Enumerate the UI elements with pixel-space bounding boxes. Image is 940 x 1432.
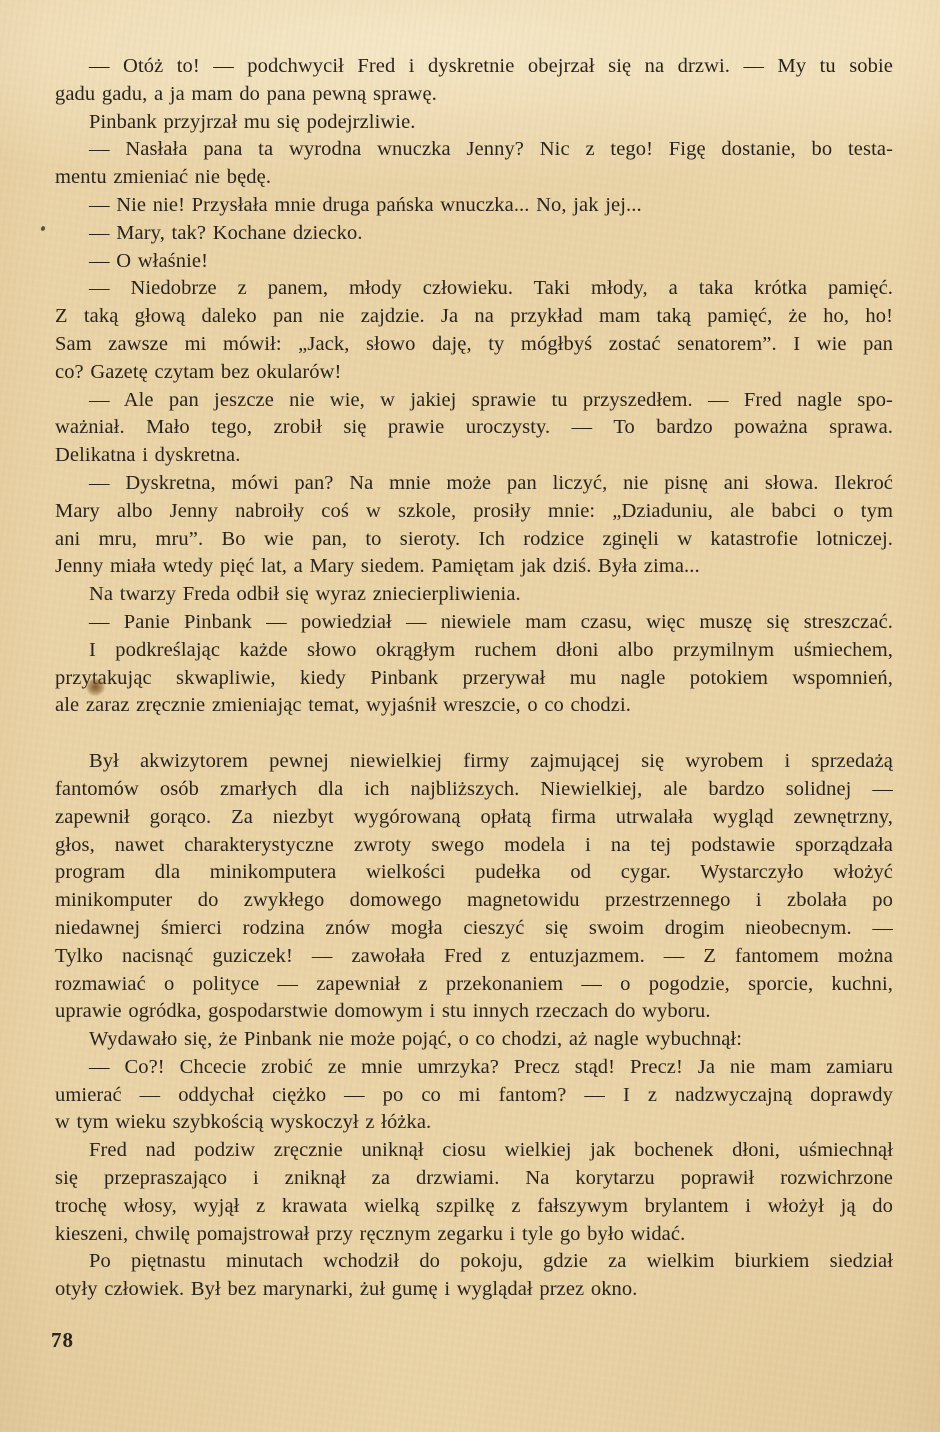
text-line: program dla minikomputera wielkości pude… xyxy=(55,859,893,887)
page-text: — Otóż to! — podchwycił Fred i dyskretni… xyxy=(55,53,893,1304)
paper-speck-artifact xyxy=(40,225,46,231)
book-page: — Otóż to! — podchwycił Fred i dyskretni… xyxy=(0,0,940,1432)
text-line: — Co?! Chcecie zrobić ze mnie umrzyka? P… xyxy=(55,1054,893,1082)
text-line: Jenny miała wtedy pięć lat, a Mary siede… xyxy=(55,553,893,581)
paragraph: Na twarzy Freda odbił się wyraz zniecier… xyxy=(55,581,893,609)
text-line: minikomputer do zwykłego domowego magnet… xyxy=(55,887,893,915)
paragraph: — Dyskretna, mówi pan? Na mnie może pan … xyxy=(55,470,893,581)
text-line: ale zaraz zręcznie zmieniając temat, wyj… xyxy=(55,692,893,720)
paragraph: Po piętnastu minutach wchodził do pokoju… xyxy=(55,1248,893,1304)
text-line: zapewnił gorąco. Za niezbyt wygórowaną o… xyxy=(55,804,893,832)
text-line: uprawie ogródka, gospodarstwie domowym i… xyxy=(55,998,893,1026)
text-line: rozmawiać o polityce — zapewniał z przek… xyxy=(55,971,893,999)
text-line: — O właśnie! xyxy=(55,248,893,276)
text-line: przytakując skwapliwie, kiedy Pinbank pr… xyxy=(55,665,893,693)
text-line: Tylko nacisnąć guziczek! — zawołała Fred… xyxy=(55,943,893,971)
text-line: umierać — oddychał ciężko — po co mi fan… xyxy=(55,1082,893,1110)
paragraph: — Panie Pinbank — powiedział — niewiele … xyxy=(55,609,893,637)
text-line: Po piętnastu minutach wchodził do pokoju… xyxy=(55,1248,893,1276)
paragraph: — O właśnie! xyxy=(55,248,893,276)
text-line: — Ale pan jeszcze nie wie, w jakiej spra… xyxy=(55,387,893,415)
text-line: Sam zawsze mi mówił: „Jack, słowo daję, … xyxy=(55,331,893,359)
text-line: — Niedobrze z panem, młody człowieku. Ta… xyxy=(55,275,893,303)
text-line: — Dyskretna, mówi pan? Na mnie może pan … xyxy=(55,470,893,498)
text-line: trochę włosy, wyjął z krawata wielką szp… xyxy=(55,1193,893,1221)
text-line: — Nasłała pana ta wyrodna wnuczka Jenny?… xyxy=(55,136,893,164)
text-line: gadu gadu, a ja mam do pana pewną sprawę… xyxy=(55,81,893,109)
text-line: kieszeni, chwilę pomajstrował przy ręczn… xyxy=(55,1221,893,1249)
paragraph: — Nie nie! Przysłała mnie druga pańska w… xyxy=(55,192,893,220)
text-line: ważniał. Mało tego, zrobił się prawie ur… xyxy=(55,414,893,442)
text-line: I podkreślając każde słowo okrągłym ruch… xyxy=(55,637,893,665)
text-line: głos, nawet charakterystyczne zwroty swe… xyxy=(55,832,893,860)
text-line: mentu zmieniać nie będę. xyxy=(55,164,893,192)
text-line: Z taką głową daleko pan nie zajdzie. Ja … xyxy=(55,303,893,331)
text-line: fantomów osób zmarłych dla ich najbliższ… xyxy=(55,776,893,804)
paragraph: — Co?! Chcecie zrobić ze mnie umrzyka? P… xyxy=(55,1054,893,1137)
text-line: ani mru, mru”. Bo wie pan, to sieroty. I… xyxy=(55,526,893,554)
text-line: Wydawało się, że Pinbank nie może pojąć,… xyxy=(55,1026,893,1054)
text-line: — Nie nie! Przysłała mnie druga pańska w… xyxy=(55,192,893,220)
text-line: Delikatna i dyskretna. xyxy=(55,442,893,470)
page-number: 78 xyxy=(51,1326,74,1354)
text-line: Na twarzy Freda odbił się wyraz zniecier… xyxy=(55,581,893,609)
text-line: — Mary, tak? Kochane dziecko. xyxy=(55,220,893,248)
paragraph: — Ale pan jeszcze nie wie, w jakiej spra… xyxy=(55,387,893,470)
paragraph: I podkreślając każde słowo okrągłym ruch… xyxy=(55,637,893,720)
text-line: otyły człowiek. Był bez marynarki, żuł g… xyxy=(55,1276,893,1304)
text-line: — Panie Pinbank — powiedział — niewiele … xyxy=(55,609,893,637)
paragraph: Pinbank przyjrzał mu się podejrzliwie. xyxy=(55,109,893,137)
text-line: Pinbank przyjrzał mu się podejrzliwie. xyxy=(55,109,893,137)
text-line: się przepraszająco i zniknął za drzwiami… xyxy=(55,1165,893,1193)
paragraph: — Otóż to! — podchwycił Fred i dyskretni… xyxy=(55,53,893,109)
text-line: w tym wieku szybkością wyskoczył z łóżka… xyxy=(55,1109,893,1137)
text-line: Był akwizytorem pewnej niewielkiej firmy… xyxy=(55,748,893,776)
paragraph: Był akwizytorem pewnej niewielkiej firmy… xyxy=(55,748,893,1026)
paragraph: — Nasłała pana ta wyrodna wnuczka Jenny?… xyxy=(55,136,893,192)
paragraph: Fred nad podziw zręcznie uniknął ciosu w… xyxy=(55,1137,893,1248)
text-line: niedawnej śmierci rodzina znów mogła cie… xyxy=(55,915,893,943)
text-line: — Otóż to! — podchwycił Fred i dyskretni… xyxy=(55,53,893,81)
paragraph: — Niedobrze z panem, młody człowieku. Ta… xyxy=(55,275,893,386)
text-line: Fred nad podziw zręcznie uniknął ciosu w… xyxy=(55,1137,893,1165)
text-line: co? Gazetę czytam bez okularów! xyxy=(55,359,893,387)
paragraph: — Mary, tak? Kochane dziecko. xyxy=(55,220,893,248)
text-line: Mary albo Jenny nabroiły coś w szkole, p… xyxy=(55,498,893,526)
paragraph: Wydawało się, że Pinbank nie może pojąć,… xyxy=(55,1026,893,1054)
